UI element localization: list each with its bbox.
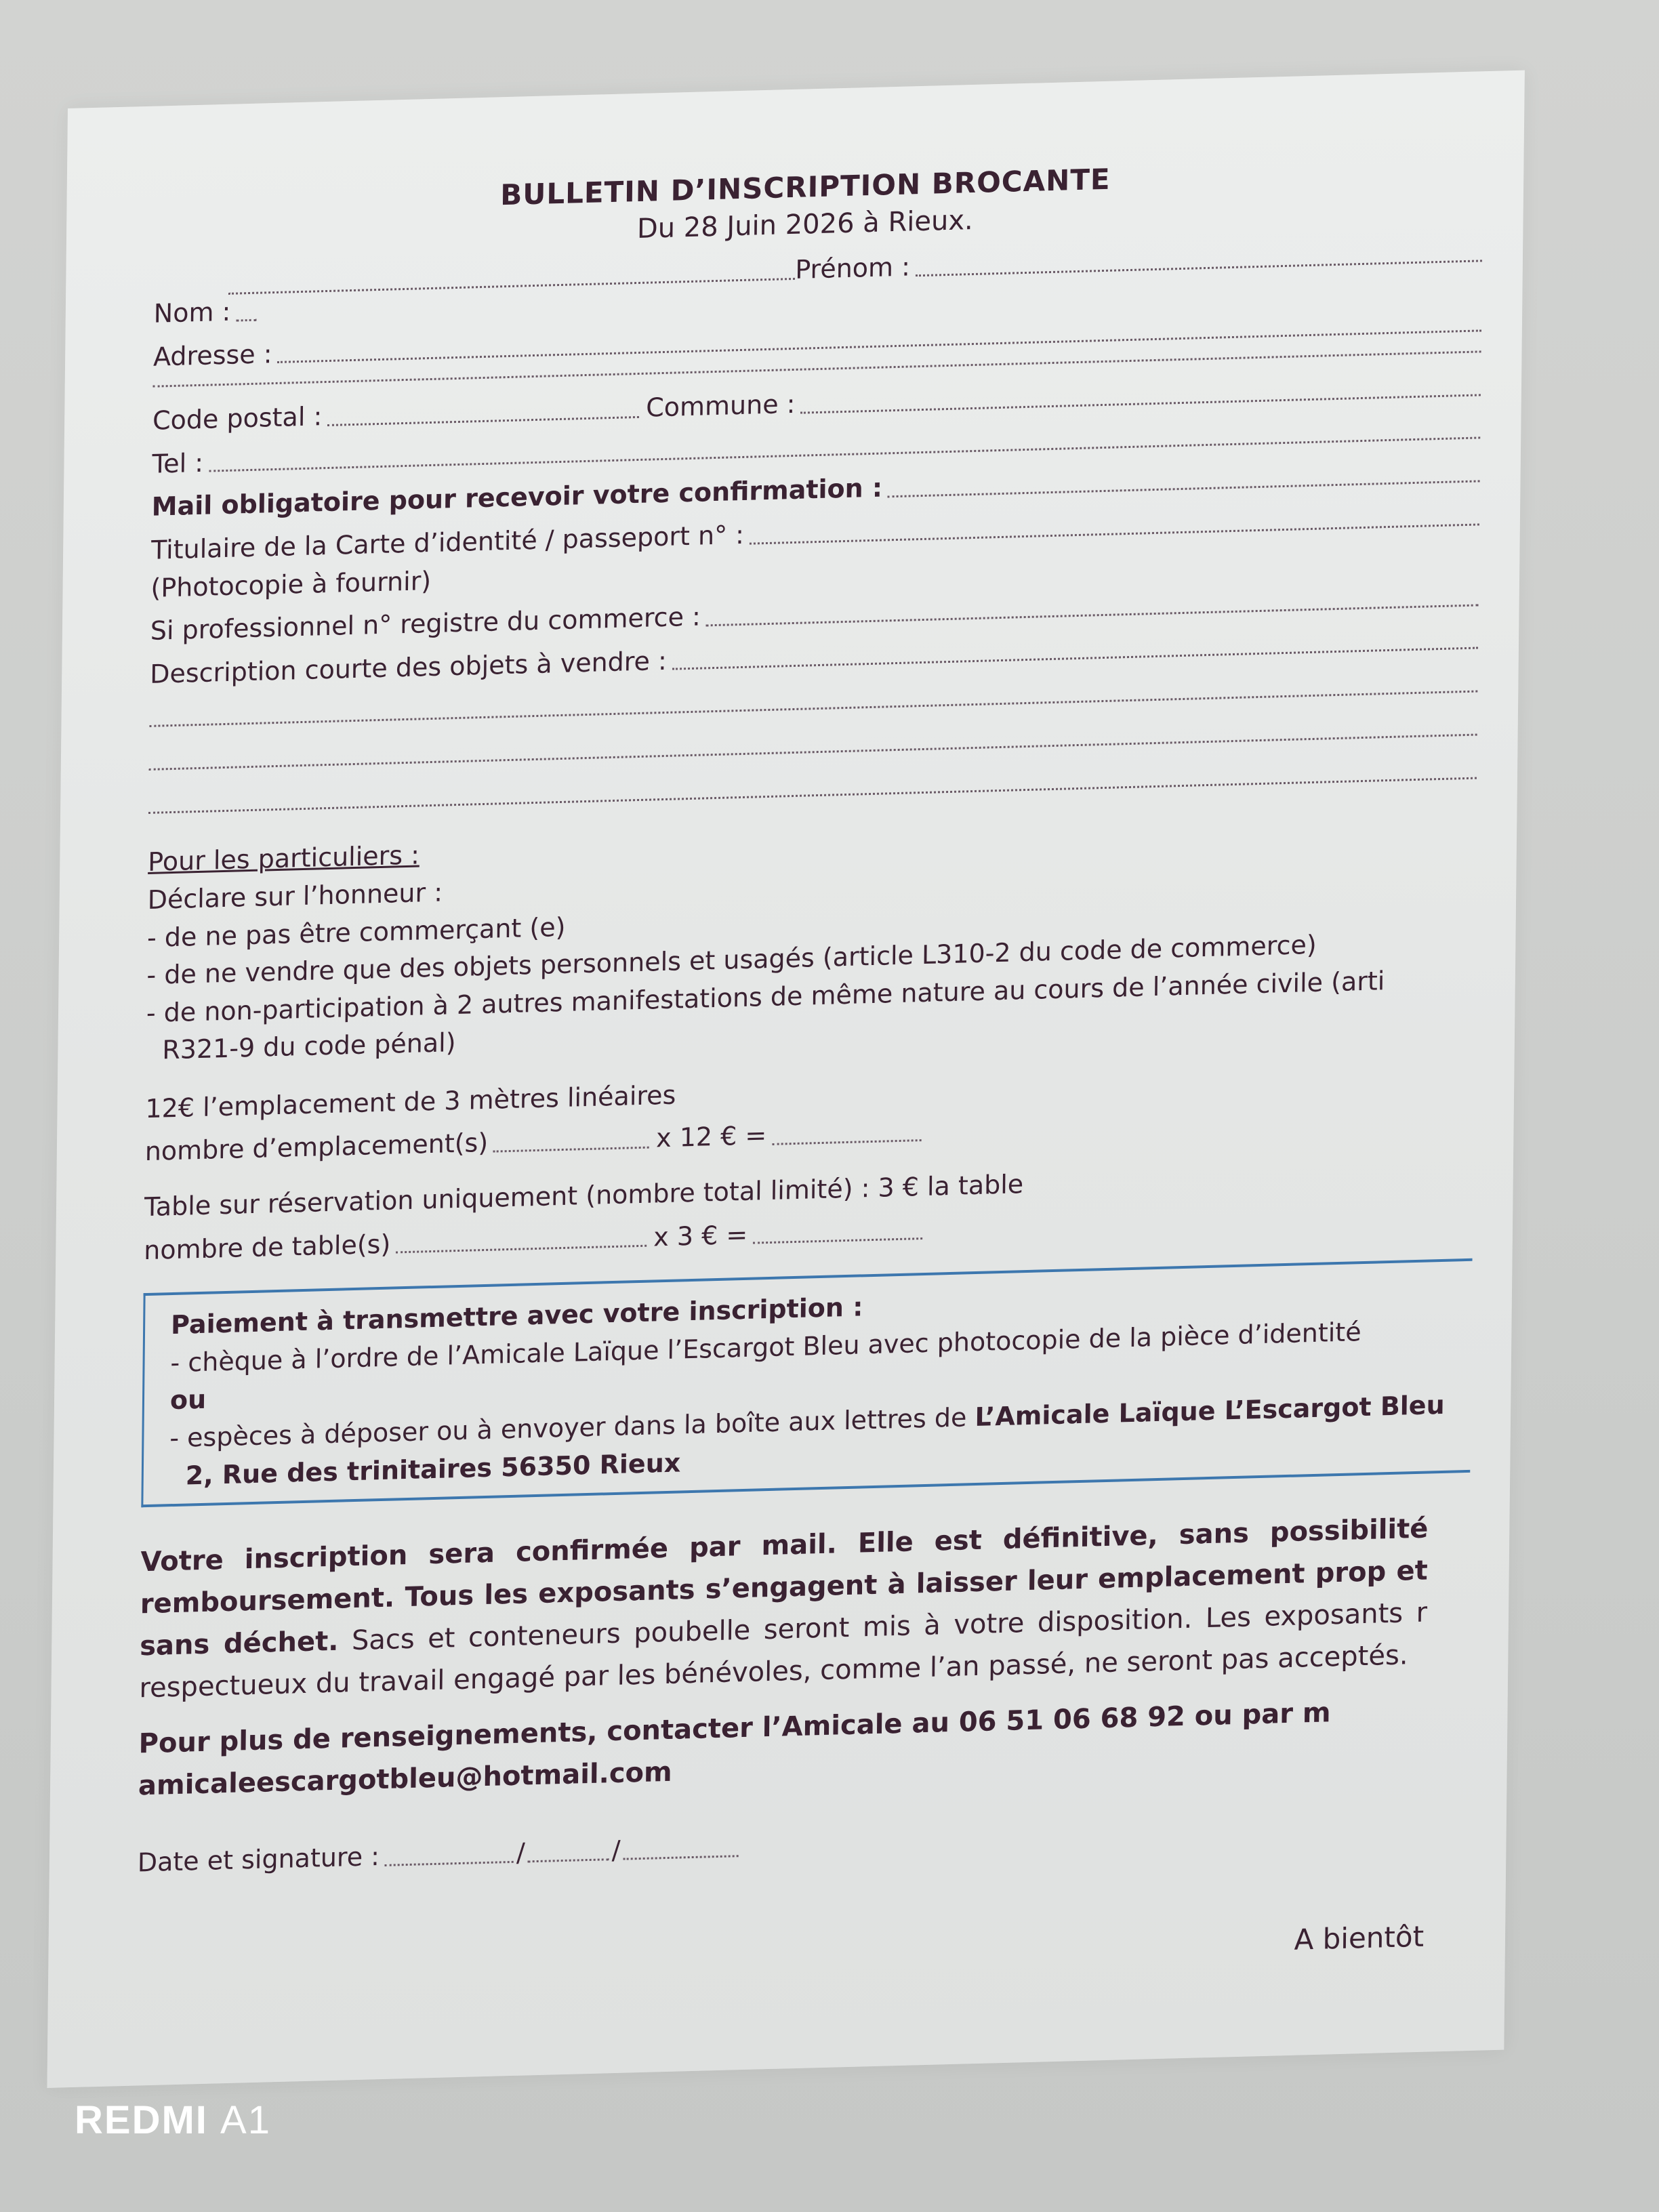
nom-label: Nom : (154, 297, 231, 330)
code-postal-label: Code postal : (152, 401, 323, 436)
date-separator: / (612, 1835, 621, 1866)
signature-row: Date et signature : / / (138, 1813, 1466, 1879)
pro-label: Si professionnel n° registre du commerce… (150, 602, 701, 647)
table-label: nombre de table(s) (144, 1229, 390, 1266)
particuliers-section: Pour les particuliers : Déclare sur l’ho… (146, 813, 1476, 1067)
registration-form-sheet: BULLETIN D’INSCRIPTION BROCANTE Du 28 Ju… (47, 70, 1524, 2088)
table-count-field[interactable] (396, 1244, 647, 1254)
date-separator: / (516, 1838, 525, 1869)
prenom-label: Prénom : (795, 252, 910, 286)
closing-text: A bientôt (136, 1920, 1424, 1988)
tel-label: Tel : (152, 448, 203, 480)
date-year-field[interactable] (623, 1854, 738, 1860)
contact-block: Pour plus de renseignements, contacter l… (138, 1689, 1427, 1807)
signature-label: Date et signature : (138, 1841, 380, 1879)
watermark-model: A1 (220, 2098, 271, 2142)
code-postal-field[interactable] (327, 415, 639, 426)
nom-field[interactable] (236, 318, 256, 321)
payment-cash-org: L’Amicale Laïque L’Escargot Bleu (975, 1390, 1443, 1432)
description-field-4[interactable] (148, 777, 1477, 814)
table-multiplier: x 3 € = (653, 1219, 747, 1252)
payment-box: Paiement à transmettre avec votre inscri… (141, 1258, 1472, 1507)
emplacement-label: nombre d’emplacement(s) (145, 1128, 489, 1168)
emplacement-total-field[interactable] (772, 1139, 921, 1145)
description-label: Description courte des objets à vendre : (150, 646, 667, 691)
pro-field[interactable] (706, 603, 1479, 626)
confirmation-notice: Votre inscription sera confirmée par mai… (139, 1508, 1428, 1710)
description-field[interactable] (672, 647, 1478, 670)
commune-field[interactable] (800, 393, 1481, 413)
pricing-section: 12€ l’emplacement de 3 mètres linéaires … (144, 1059, 1474, 1267)
adresse-label: Adresse : (153, 339, 272, 373)
commune-label: Commune : (646, 389, 796, 424)
form-content: BULLETIN D’INSCRIPTION BROCANTE Du 28 Ju… (136, 152, 1483, 1987)
mail-label: Mail obligatoire pour recevoir votre con… (152, 473, 883, 523)
date-month-field[interactable] (528, 1858, 609, 1862)
emplacement-count-field[interactable] (493, 1146, 649, 1153)
camera-watermark: REDMI A1 (75, 2097, 271, 2143)
photo-scene: BULLETIN D’INSCRIPTION BROCANTE Du 28 Ju… (0, 0, 1659, 2212)
date-day-field[interactable] (385, 1860, 514, 1866)
table-total-field[interactable] (753, 1237, 922, 1244)
emplacement-multiplier: x 12 € = (656, 1121, 767, 1155)
mail-field[interactable] (888, 479, 1480, 497)
watermark-brand: REDMI (75, 2098, 208, 2142)
